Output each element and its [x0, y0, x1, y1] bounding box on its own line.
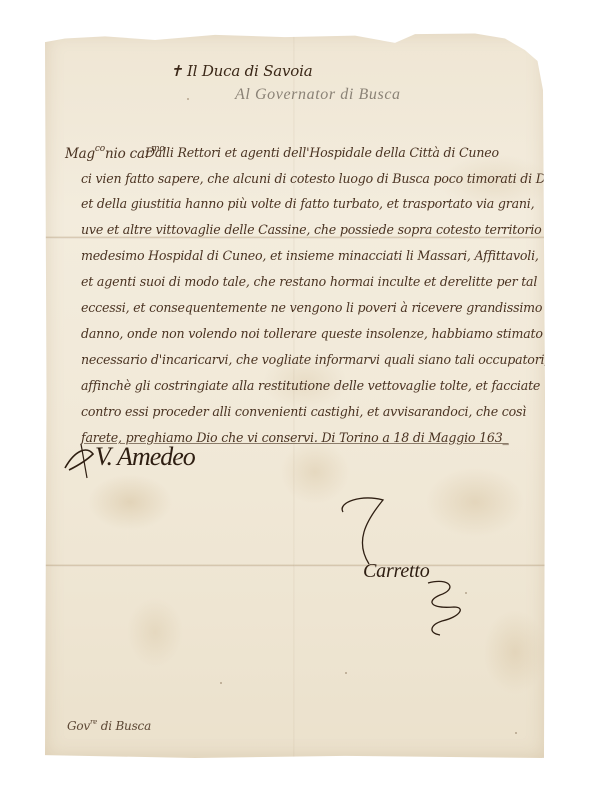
salutation-abbrev: Mag — [65, 146, 95, 162]
body-line: medesimo Hospidal di Cuneo, et insieme m… — [81, 250, 539, 263]
paper-speck — [220, 682, 222, 684]
body-line: ci vien fatto sapere, che alcuni di cote… — [81, 173, 561, 186]
endorsement-part-a: Gov — [67, 719, 90, 733]
salutation-sup-1: co — [95, 144, 105, 154]
body-line: necessario d'incaricarvi, che vogliate i… — [81, 354, 548, 367]
paper-speck — [345, 672, 347, 674]
body-line: eccessi, et consequentemente ne vengono … — [81, 302, 542, 315]
signature-tail-icon — [420, 577, 480, 637]
address-pencil-note: Al Governator di Busca — [235, 86, 401, 104]
body-line: et della giustitia hanno più volte di fa… — [81, 198, 534, 211]
paper-speck — [187, 98, 189, 100]
endorsement-part-b: di Busca — [97, 719, 151, 733]
signature-amedeo: V. Amedeo — [95, 442, 195, 472]
endorsement-note: Govre di Busca — [67, 718, 151, 733]
body-line: danno, onde non volendo noi tollerare qu… — [81, 328, 543, 341]
manuscript-paper: ✝ Il Duca di Savoia Al Governator di Bus… — [45, 32, 545, 758]
fold-line-vertical — [293, 32, 295, 758]
address-recipient: ✝ Il Duca di Savoia — [170, 62, 312, 80]
body-line: et agenti suoi di modo tale, che restano… — [81, 276, 537, 289]
body-line: contro essi proceder alli convenienti ca… — [81, 406, 526, 419]
cross-mark-icon: ✝ — [170, 62, 182, 80]
recipient-text: Il Duca di Savoia — [187, 62, 313, 80]
fold-line-lower — [45, 564, 545, 567]
body-line: uve et altre vittovaglie delle Cassine, … — [81, 224, 553, 237]
body-line: affinchè gli costringiate alla restituti… — [81, 380, 540, 393]
body-line: Dalli Rettori et agenti dell'Hospidale d… — [145, 147, 499, 160]
paper-speck — [515, 732, 517, 734]
image-canvas: ✝ Il Duca di Savoia Al Governator di Bus… — [0, 0, 590, 800]
